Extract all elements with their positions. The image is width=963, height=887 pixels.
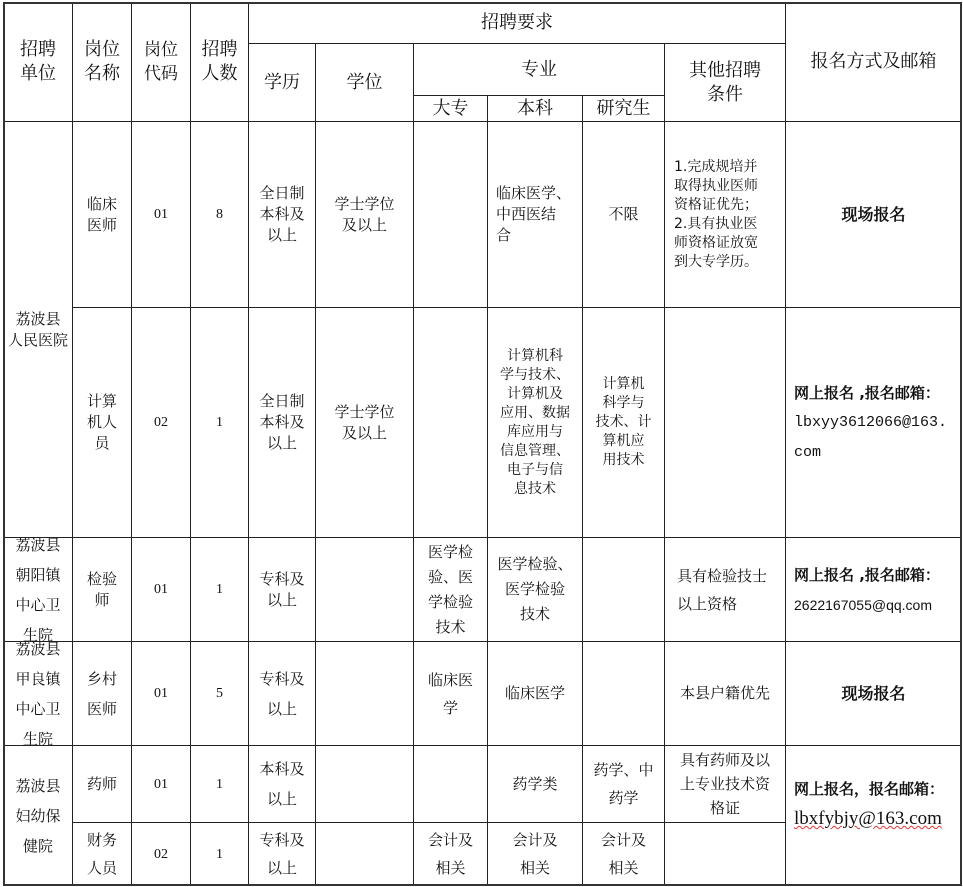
degree: [315, 745, 414, 823]
major-graduate: 会计及 相关: [582, 822, 665, 886]
education: 本科及 以上: [248, 745, 316, 823]
other-conditions: 1.完成规培并 取得执业医师 资格证优先； 2.具有执业医 师资格证放宽 到大专…: [664, 121, 786, 308]
major-graduate: [582, 537, 665, 642]
header-major-junior: 大专: [413, 95, 488, 122]
registration-email[interactable]: lbxyy3612066@163.com: [794, 408, 953, 468]
major-graduate: [582, 641, 665, 746]
education: 专科及 以上: [248, 641, 316, 746]
other-conditions: 本县户籍优先: [664, 641, 786, 746]
registration-method: 网上报名 ,报名邮箱： lbxyy3612066@163.com: [785, 307, 962, 538]
registration-label: 网上报名 ,报名邮箱：: [794, 560, 940, 590]
header-major-bachelor: 本科: [487, 95, 583, 122]
education: 专科及 以上: [248, 537, 316, 642]
header-unit: 招聘 单位: [3, 2, 73, 122]
other-conditions: [664, 822, 786, 886]
other-conditions: [664, 307, 786, 538]
major-junior: [413, 121, 488, 308]
unit-name: 荔波县 人民医院: [3, 121, 73, 538]
major-junior: 临床医 学: [413, 641, 488, 746]
headcount: 8: [190, 121, 249, 308]
degree: [315, 537, 414, 642]
post-code: 01: [131, 537, 191, 642]
registration-label: 网上报名 ,报名邮箱：: [794, 378, 940, 408]
major-junior: [413, 745, 488, 823]
recruitment-table: 招聘 单位 岗位 名称 岗位 代码 招聘 人数 招聘要求 学历 学位 专业 大专…: [0, 0, 963, 887]
header-requirements: 招聘要求: [248, 2, 786, 44]
registration-method: 现场报名: [785, 121, 962, 308]
major-bachelor: 会计及 相关: [487, 822, 583, 886]
major-bachelor: 计算机科 学与技术、 计算机及 应用、数据 库应用与 信息管理、 电子与信 息技…: [487, 307, 583, 538]
major-bachelor: 药学类: [487, 745, 583, 823]
post-name: 乡村 医师: [72, 641, 132, 746]
education: 专科及 以上: [248, 822, 316, 886]
header-post-code: 岗位 代码: [131, 2, 191, 122]
header-registration: 报名方式及邮箱: [785, 2, 962, 122]
header-degree: 学位: [315, 43, 414, 122]
unit-name: 荔波县 朝阳镇 中心卫 生院: [3, 537, 73, 642]
header-headcount: 招聘 人数: [190, 2, 249, 122]
major-bachelor: 临床医学: [487, 641, 583, 746]
major-bachelor: 临床医学、 中西医结 合: [487, 121, 583, 308]
degree: 学士学位 及以上: [315, 121, 414, 308]
header-major-graduate: 研究生: [582, 95, 665, 122]
post-code: 01: [131, 745, 191, 823]
header-major: 专业: [413, 43, 665, 96]
major-junior: 会计及 相关: [413, 822, 488, 886]
headcount: 1: [190, 822, 249, 886]
other-conditions: 具有药师及以 上专业技术资 格证: [664, 745, 786, 823]
degree: [315, 641, 414, 746]
registration-method: 网上报名，报名邮箱： lbxfybjy@163.com: [785, 745, 962, 886]
major-junior: [413, 307, 488, 538]
major-graduate: 不限: [582, 121, 665, 308]
unit-name: 荔波县 妇幼保 健院: [3, 745, 73, 886]
post-code: 01: [131, 121, 191, 308]
post-name: 药师: [72, 745, 132, 823]
registration-method: 现场报名: [785, 641, 962, 746]
education: 全日制 本科及 以上: [248, 307, 316, 538]
post-code: 02: [131, 822, 191, 886]
post-code: 02: [131, 307, 191, 538]
post-code: 01: [131, 641, 191, 746]
post-name: 计算 机人 员: [72, 307, 132, 538]
major-bachelor: 医学检验、 医学检验 技术: [487, 537, 583, 642]
post-name: 临床 医师: [72, 121, 132, 308]
major-junior: 医学检 验、医 学检验 技术: [413, 537, 488, 642]
header-other: 其他招聘 条件: [664, 43, 786, 122]
headcount: 1: [190, 537, 249, 642]
headcount: 1: [190, 745, 249, 823]
registration-method: 网上报名 ,报名邮箱： 2622167055@qq.com: [785, 537, 962, 642]
major-graduate: 药学、中 药学: [582, 745, 665, 823]
header-education: 学历: [248, 43, 316, 122]
education: 全日制 本科及 以上: [248, 121, 316, 308]
degree: [315, 822, 414, 886]
registration-email[interactable]: lbxfybjy@163.com: [794, 804, 942, 834]
post-name: 财务 人员: [72, 822, 132, 886]
unit-name: 荔波县 甲良镇 中心卫 生院: [3, 641, 73, 746]
registration-label: 网上报名，报名邮箱：: [794, 774, 944, 804]
headcount: 1: [190, 307, 249, 538]
headcount: 5: [190, 641, 249, 746]
major-graduate: 计算机 科学与 技术、计 算机应 用技术: [582, 307, 665, 538]
header-post-name: 岗位 名称: [72, 2, 132, 122]
degree: 学士学位 及以上: [315, 307, 414, 538]
registration-email[interactable]: 2622167055@qq.com: [794, 590, 932, 620]
other-conditions: 具有检验技士 以上资格: [664, 537, 786, 642]
post-name: 检验 师: [72, 537, 132, 642]
